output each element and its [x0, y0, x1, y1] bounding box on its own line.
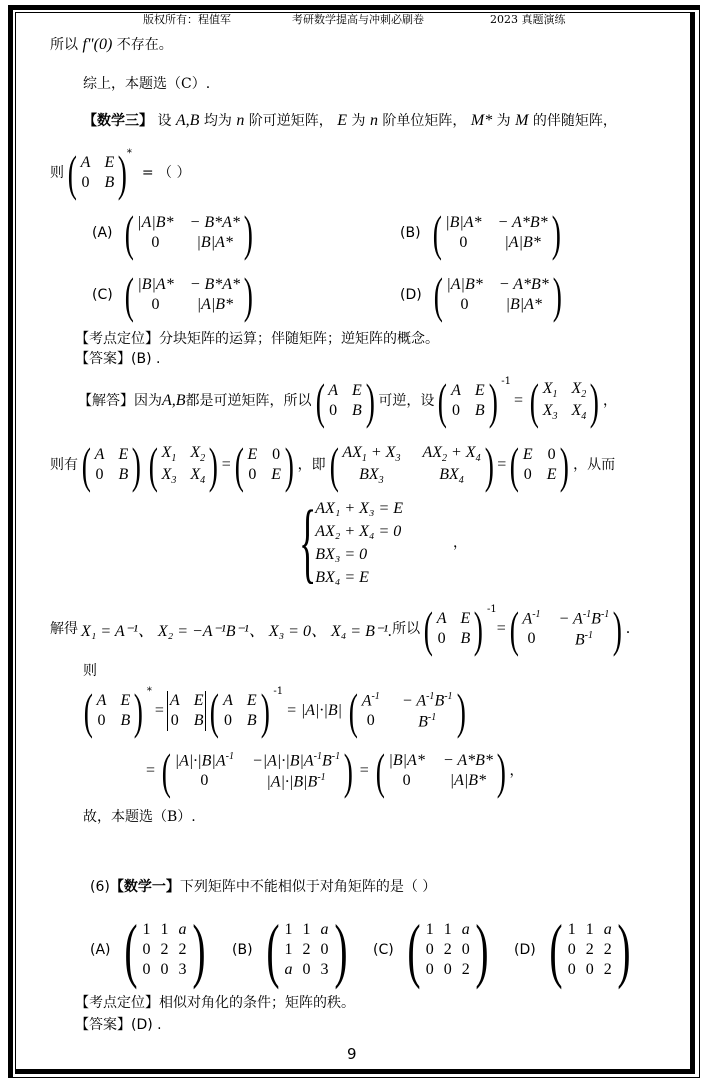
text: 阶单位矩阵， — [378, 113, 471, 129]
q5-solution-line1: 【解答】 因为 A,B 都是可逆矩阵，所以 (AE0B) 可逆，设 (AE0B)… — [78, 376, 617, 426]
equals: = — [497, 620, 506, 638]
answer-value: (B) . — [131, 351, 160, 367]
q5-question-line: 则 ( AE0B ) * = （ ） — [50, 148, 191, 198]
q5-solution-line2: 则有 (AE0B) (X1X2X3X4) = (E00E) ，即 (AX1 + … — [50, 440, 615, 490]
q6-tag: 【数学一】 — [110, 879, 180, 895]
math: E — [337, 112, 347, 129]
q6-option-b: (B) ( 11a 120 a03 ) — [232, 914, 373, 986]
option-label: (B) — [400, 225, 421, 241]
knowledge-text: 分块矩阵的运算；伴随矩阵；逆矩阵的概念。 — [159, 331, 439, 347]
cell: 0 — [445, 234, 481, 252]
answer-blank: = （ ） — [142, 164, 191, 182]
text: 设 — [157, 113, 175, 129]
q5-answer-line: 【答案】(B) . — [75, 350, 160, 368]
text: 均为 — [199, 113, 236, 129]
q5-equation-system: { AX₁ + X₃ = E AX₂ + X₄ = 0 BX₃ = 0 BX₄ … — [286, 497, 467, 589]
answer-value: (D) . — [131, 1017, 162, 1033]
cell: |B|A* — [190, 234, 240, 252]
q6-option-c: (C) ( 11a 020 002 ) — [373, 914, 514, 986]
equals: = — [497, 456, 506, 474]
page-number: 9 — [347, 1045, 357, 1063]
text: ， — [603, 392, 617, 410]
header-section: 2023 真题演练 — [490, 11, 566, 27]
q6-options: (A) ( 11a 022 003 ) (B) ( 11a 120 a03 ) … — [90, 914, 636, 986]
equation: BX₄ = E — [315, 566, 403, 589]
option-label: (D) — [400, 287, 422, 303]
text: 可逆，设 — [378, 392, 434, 410]
text: 的伴随矩阵， — [528, 113, 616, 129]
q5-stem: 【数学三】 设 A,B 均为 n 阶可逆矩阵， E 为 n 阶单位矩阵， M* … — [83, 112, 617, 130]
text: 不存在。 — [117, 37, 173, 53]
q5-option-d: (D) ( |A|B*− A*B* 0|B|A* ) — [400, 270, 565, 320]
q5-tag: 【数学三】 — [83, 113, 153, 129]
math: M* — [471, 112, 492, 129]
math: A,B — [162, 392, 186, 410]
text: 则有 — [50, 456, 78, 474]
text: 所以 — [392, 620, 420, 638]
math-fprime: f"(0) — [82, 36, 112, 53]
knowledge-text: 相似对角化的条件；矩阵的秩。 — [159, 995, 355, 1011]
cell: − B*A* — [190, 214, 240, 232]
q5-option-b: (B) ( |B|A*− A*B* 0|A|B* ) — [400, 208, 564, 258]
option-label: (A) — [92, 225, 113, 241]
text: ，即 — [298, 456, 326, 474]
q5-then-label: 则 — [83, 662, 97, 680]
header-book-title: 考研数学提高与冲刺必刷卷 — [292, 11, 424, 27]
q5-knowledge-line: 【考点定位】分块矩阵的运算；伴随矩阵；逆矩阵的概念。 — [75, 330, 439, 348]
text: 为 — [347, 113, 370, 129]
text: 都是可逆矩阵，所以 — [186, 392, 312, 410]
cell: 0 — [137, 234, 173, 252]
text: ，从而 — [573, 456, 615, 474]
cell: |A|B* — [190, 296, 240, 314]
equals: = — [222, 456, 231, 474]
prev-conclusion-line: 所以 f"(0) 不存在。 — [50, 36, 173, 54]
text: 所以 — [50, 37, 78, 53]
q6-stem: (6)【数学一】下列矩阵中不能相似于对角矩阵的是（ ） — [90, 878, 436, 896]
text: ， — [453, 534, 467, 552]
prev-choice-line: 综上，本题选（C）. — [83, 75, 210, 93]
q6-option-a: (A) ( 11a 022 003 ) — [90, 914, 232, 986]
cell: |A|B* — [137, 214, 173, 232]
option-label: (A) — [90, 942, 111, 958]
answer-tag: 【答案】 — [75, 351, 131, 367]
q6-answer-line: 【答案】(D) . — [75, 1016, 162, 1034]
math: A,B — [176, 112, 200, 129]
cell: |B|A* — [137, 276, 173, 294]
q6-knowledge-line: 【考点定位】相似对角化的条件；矩阵的秩。 — [75, 994, 355, 1012]
equation: BX₃ = 0 — [315, 543, 403, 566]
q5-conclusion: 故，本题选（B）. — [83, 808, 196, 826]
equals: = — [514, 392, 523, 410]
math: X₁ = A⁻¹、 X₂ = −A⁻¹B⁻¹、 X₃ = 0、 X₄ = B⁻¹… — [81, 618, 392, 641]
option-label: (D) — [514, 942, 536, 958]
math: M — [515, 112, 528, 129]
q5-derivation-line2: = (|A|·|B|A-1−|A|·|B|A-1B-10|A|·|B|B-1) … — [146, 746, 524, 796]
cell: 0 — [137, 296, 173, 314]
solution-tag: 【解答】 — [78, 392, 134, 410]
cell: |A|B* — [498, 234, 548, 252]
knowledge-tag: 【考点定位】 — [75, 995, 159, 1011]
equation: AX₂ + X₄ = 0 — [315, 520, 403, 543]
question-number: (6) — [90, 879, 110, 895]
knowledge-tag: 【考点定位】 — [75, 331, 159, 347]
q6-option-d: (D) ( 11a 022 002 ) — [514, 914, 636, 986]
cell: |A|B* — [446, 276, 482, 294]
text: 则 — [50, 164, 64, 182]
text: 阶可逆矩阵， — [244, 113, 337, 129]
cell: − A*B* — [499, 276, 549, 294]
text: 解得 — [50, 620, 78, 638]
option-label: (C) — [373, 942, 394, 958]
equation: AX₁ + X₃ = E — [315, 497, 403, 520]
q5-option-c: (C) ( |B|A*− B*A* 0|A|B* ) — [92, 270, 257, 320]
cell: − B*A* — [190, 276, 240, 294]
option-label: (C) — [92, 287, 113, 303]
q5-solution-line3: 解得 X₁ = A⁻¹、 X₂ = −A⁻¹B⁻¹、 X₃ = 0、 X₄ = … — [50, 604, 630, 654]
text: 因为 — [134, 392, 162, 410]
cell: |B|A* — [499, 296, 549, 314]
q6-stem-text: 下列矩阵中不能相似于对角矩阵的是（ ） — [180, 879, 436, 895]
cell: − A*B* — [498, 214, 548, 232]
cell: 0 — [446, 296, 482, 314]
q5-option-a: (A) ( |A|B*− B*A* 0|B|A* ) — [92, 208, 257, 258]
block-matrix: ( AE0B ) * — [64, 148, 132, 198]
text: 为 — [492, 113, 515, 129]
answer-tag: 【答案】 — [75, 1017, 131, 1033]
period: . — [626, 620, 630, 638]
option-label: (B) — [232, 942, 253, 958]
header-copyright: 版权所有：程值军 — [143, 11, 231, 27]
q5-derivation-line1: (AE0B)* = AE0B (AE0B)-1 = |A|·|B| (A-1− … — [80, 686, 469, 736]
math: n — [370, 112, 378, 129]
cell: |B|A* — [445, 214, 481, 232]
